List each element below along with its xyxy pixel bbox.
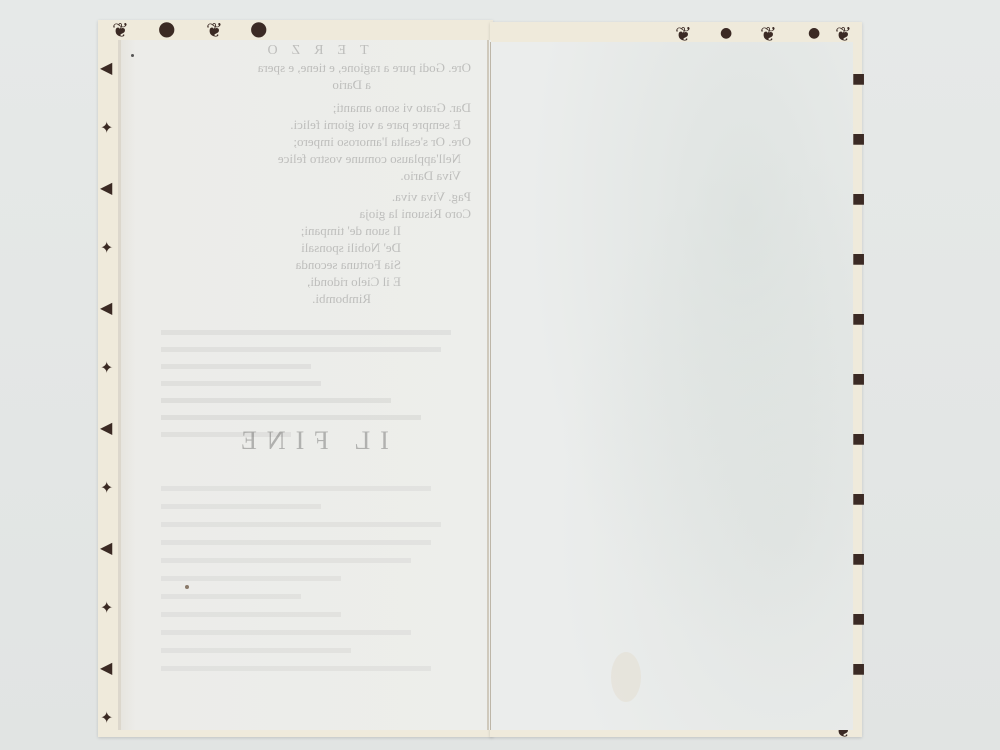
ornament-icon: ● <box>158 18 175 38</box>
ornament-icon: ■ <box>852 612 865 626</box>
right-page <box>490 42 853 730</box>
ornament-icon: ■ <box>852 72 865 86</box>
ornament-icon: ✦ <box>100 360 113 376</box>
ornament-icon: ✦ <box>100 710 113 726</box>
ornament-icon: ● <box>250 18 267 38</box>
ornament-icon: ■ <box>852 432 865 446</box>
ornament-icon: ✦ <box>100 480 113 496</box>
ornament-icon: ◀ <box>100 300 112 316</box>
ornament-icon: ◀ <box>100 60 112 76</box>
ornament-icon: ❦ <box>112 20 129 40</box>
ornament-icon: ✦ <box>100 240 113 256</box>
ornament-icon: ✦ <box>100 600 113 616</box>
ornament-icon: ❦ <box>206 20 223 40</box>
ornament-icon: ✦ <box>100 120 113 136</box>
show-through-heading: TERZO <box>151 42 471 59</box>
ornament-icon: ◀ <box>100 180 112 196</box>
ornament-icon: ◀ <box>100 420 112 436</box>
ornament-icon: ■ <box>852 662 865 676</box>
ornament-icon: ● <box>720 26 732 40</box>
paper-stain <box>611 652 641 702</box>
ornament-icon: ■ <box>852 372 865 386</box>
ornament-icon: ❦ <box>760 24 777 44</box>
book-gutter <box>487 40 489 730</box>
ornament-icon: ■ <box>852 252 865 266</box>
photo-background: ❦ ● ❦ ● ◀ ✦ ◀ ✦ ◀ ✦ ◀ ✦ ◀ ✦ ◀ ✦ ❦ ● ❦ ● … <box>0 0 1000 750</box>
ornament-icon: ◀ <box>100 660 112 676</box>
paper-texture <box>491 42 853 730</box>
ornament-icon: ■ <box>852 312 865 326</box>
ornament-icon: ● <box>808 26 820 40</box>
show-through-text: TERZO Ore. Godi pure a ragione, e tiene,… <box>151 42 471 307</box>
ornament-icon: ■ <box>852 492 865 506</box>
ornament-icon: ❦ <box>835 24 852 44</box>
ornament-icon: ■ <box>852 132 865 146</box>
faint-show-through-lower <box>161 480 461 684</box>
ornament-icon: ❦ <box>675 24 692 44</box>
show-through-fine: IL FINE <box>231 432 389 449</box>
ornament-icon: ■ <box>852 192 865 206</box>
ornament-icon: ■ <box>852 552 865 566</box>
paper-blemish <box>185 585 189 589</box>
left-page: TERZO Ore. Godi pure a ragione, e tiene,… <box>118 40 491 730</box>
paper-blemish <box>131 54 134 57</box>
ornament-icon: ◀ <box>100 540 112 556</box>
